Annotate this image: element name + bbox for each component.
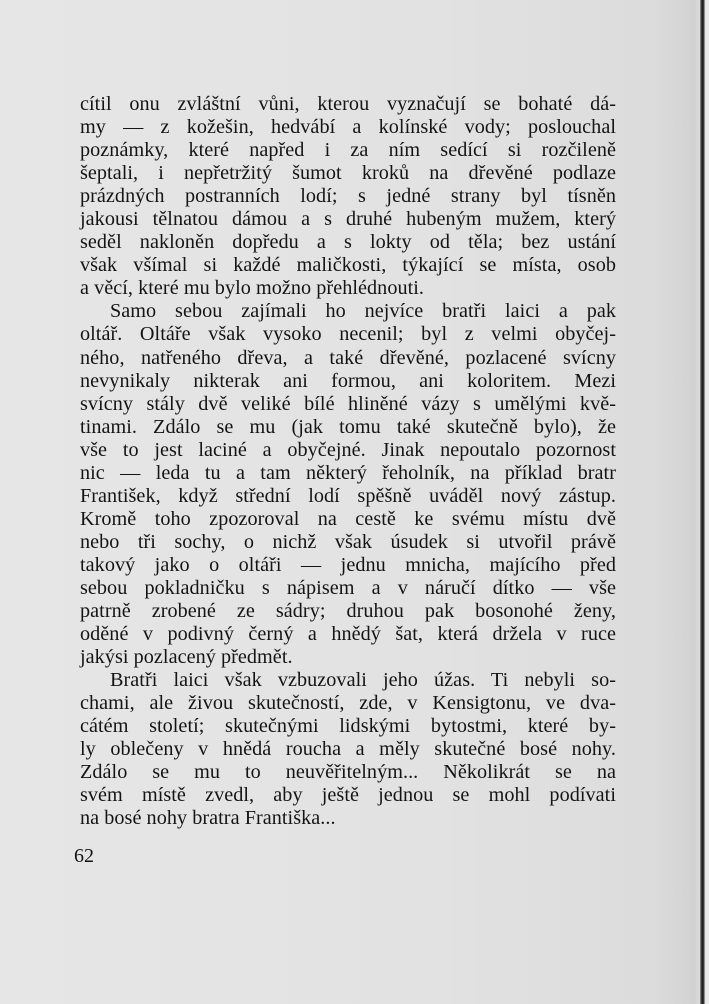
text-line: nebo tři sochy, o nichž však úsudek si u… bbox=[80, 531, 616, 554]
text-line: patrně zrobené ze sádry; druhou pak boso… bbox=[80, 600, 616, 623]
text-line: František, když střední lodí spěšně uvád… bbox=[80, 485, 616, 508]
text-line: my — z kožešin, hedvábí a kolínské vody;… bbox=[80, 116, 616, 139]
text-line: seděl nakloněn dopředu a s lokty od těla… bbox=[80, 231, 616, 254]
text-line: takový jako o oltáři — jednu mnicha, maj… bbox=[80, 554, 616, 577]
text-line: jakýsi pozlacený předmět. bbox=[80, 646, 616, 669]
text-line: a věcí, které mu bylo možno přehlédnouti… bbox=[80, 277, 616, 300]
text-line: oděné v podivný černý a hnědý šat, která… bbox=[80, 623, 616, 646]
text-line: svém místě zvedl, aby ještě jednou se mo… bbox=[80, 784, 616, 807]
text-line: Zdálo se mu to neuvěřitelným... Několikr… bbox=[80, 761, 616, 784]
paragraph-2: Samo sebou zajímali ho nejvíce bratři la… bbox=[80, 300, 616, 669]
text-line: poznámky, které napřed i za ním sedící s… bbox=[80, 139, 616, 162]
text-line: nevynikaly nikterak ani formou, ani kolo… bbox=[80, 370, 616, 393]
text-line: cítil onu zvláštní vůni, kterou vyznačuj… bbox=[80, 93, 616, 116]
text-line: cátém století; skutečnými lidskými bytos… bbox=[80, 715, 616, 738]
text-line: ného, natřeného dřeva, a také dřevěné, p… bbox=[80, 347, 616, 370]
text-line: tinami. Zdálo se mu (jak tomu také skute… bbox=[80, 416, 616, 439]
scanned-book-page: cítil onu zvláštní vůni, kterou vyznačuj… bbox=[0, 0, 709, 1004]
text-line: ly oblečeny v hnědá roucha a měly skuteč… bbox=[80, 738, 616, 761]
text-line: prázdných postranních lodí; s jedné stra… bbox=[80, 185, 616, 208]
paragraph-3: Bratři laici však vzbuzovali jeho úžas. … bbox=[80, 669, 616, 830]
text-line: Bratři laici však vzbuzovali jeho úžas. … bbox=[80, 669, 616, 692]
body-text: cítil onu zvláštní vůni, kterou vyznačuj… bbox=[80, 93, 616, 831]
text-line: sebou pokladničku s nápisem a v náručí d… bbox=[80, 577, 616, 600]
text-line: však všímal si každé maličkosti, týkajíc… bbox=[80, 254, 616, 277]
text-line: svícny stály dvě veliké bílé hliněné váz… bbox=[80, 393, 616, 416]
text-line: chami, ale živou skutečností, zde, v Ken… bbox=[80, 692, 616, 715]
text-line: nic — leda tu a tam některý řeholník, na… bbox=[80, 462, 616, 485]
page-edge bbox=[705, 0, 709, 1004]
text-line: Samo sebou zajímali ho nejvíce bratři la… bbox=[80, 300, 616, 323]
text-line: Kromě toho zpozoroval na cestě ke svému … bbox=[80, 508, 616, 531]
text-line: vše to jest laciné a obyčejné. Jinak nep… bbox=[80, 439, 616, 462]
text-line: oltář. Oltáře však vysoko necenil; byl z… bbox=[80, 323, 616, 346]
text-line: na bosé nohy bratra Františka... bbox=[80, 807, 616, 830]
paragraph-1: cítil onu zvláštní vůni, kterou vyznačuj… bbox=[80, 93, 616, 300]
page-number: 62 bbox=[74, 845, 94, 868]
text-line: jakousi tělnatou dámou a s druhé hubeným… bbox=[80, 208, 616, 231]
text-line: šeptali, i nepřetržitý šumot kroků na dř… bbox=[80, 162, 616, 185]
